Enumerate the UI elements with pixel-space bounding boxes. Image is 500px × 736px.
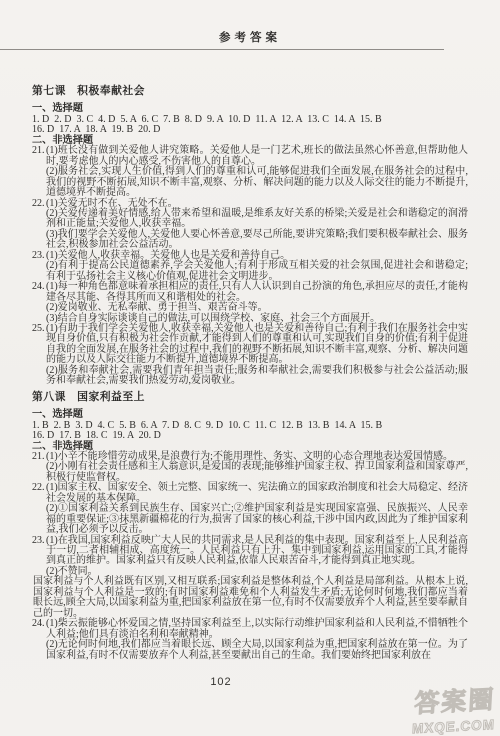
answer-part: (2)有利于提高公民道德素养,学会关爱他人;有利于形成互相关爱的社会氛围,促进社… bbox=[46, 261, 468, 282]
answer-part: (1)柴云振能够心怀爱国之情,坚持国家利益至上,以实际行动维护国家利益和人民利益… bbox=[46, 619, 468, 640]
watermark-logo-text: 答案圈 bbox=[413, 680, 498, 720]
answer-part: (2)①国家利益关系到民族生存、国家兴亡;②维护国家利益是实现国家富强、民族振兴… bbox=[46, 504, 468, 535]
page-header-title: 参考答案 bbox=[0, 0, 500, 45]
question-number: 25. bbox=[32, 324, 45, 334]
lesson-8-question-24: 24. (1)柴云振能够心怀爱国之情,坚持国家利益至上,以实际行动维护国家利益和… bbox=[32, 619, 468, 661]
lesson-8-choice-answers-line-2: 16. D 17. B 18. C 19. A 20. D bbox=[32, 431, 468, 441]
answer-part: (2)关爱传递着美好情感,给人带来希望和温暖,是维系友好关系的桥梁;关爱是社会和… bbox=[46, 209, 468, 230]
lesson-8-question-22: 22. (1)国家主权、国家安全、领土完整、国家统一、宪法确立的国家政治制度和社… bbox=[32, 483, 468, 535]
answer-part: (1)有助于我们学会关爱他人,收获幸福,关爱他人也是关爱和善待自己;有利于我们在… bbox=[46, 324, 468, 366]
lesson-7-section: 第七课 积极奉献社会 一、选择题 1. D 2. D 3. C 4. D 5. … bbox=[32, 86, 468, 387]
question-number: 22. bbox=[32, 483, 45, 493]
answer-part: (2)无论何时何地,我们都应当着眼长远、顾全大局,以国家利益为重,把国家利益放在… bbox=[46, 640, 468, 661]
page-number: 102 bbox=[0, 676, 442, 688]
lesson-8-question-23: 23. (1)在我国,国家利益反映广大人民的共同需求,是人民利益的集中表现。国家… bbox=[32, 536, 468, 620]
lesson-7-choice-answers-line-2: 16. D 17. A 18. A 19. B 20. D bbox=[32, 125, 468, 135]
answer-part: (1)在我国,国家利益反映广大人民的共同需求,是人民利益的集中表现。国家利益至上… bbox=[46, 536, 468, 567]
answer-part: (1)国家主权、国家安全、领土完整、国家统一、宪法确立的国家政治制度和社会大局稳… bbox=[46, 483, 468, 504]
lesson-7-question-23: 23. (1)关爱他人,收获幸福。关爱他人也是关爱和善待自己。 (2)有利于提高… bbox=[32, 251, 468, 282]
lesson-7-question-22: 22. (1)关爱无时不在、无处不在。 (2)关爱传递着美好情感,给人带来希望和… bbox=[32, 199, 468, 251]
header-divider bbox=[0, 49, 444, 50]
question-number: 24. bbox=[32, 619, 45, 629]
answer-part: (1)班长没有做到关爱他人讲究策略。关爱他人是一门艺术,班长的做法虽然心怀善意,… bbox=[46, 146, 468, 167]
lesson-7-question-24: 24. (1)每一种角色都意味着承担相应的责任,只有人人认识到自己扮演的角色,承… bbox=[32, 282, 468, 324]
answer-part: (3)我们要学会关爱他人,关爱他人要心怀善意,要尽己所能,要讲究策略;我们要积极… bbox=[46, 230, 468, 251]
answer-part: 国家利益与个人利益既有区别,又相互联系;国家利益是整体利益,个人利益是局部利益。… bbox=[33, 577, 468, 619]
watermark: 答案圈 MXQE.COM bbox=[412, 680, 498, 736]
question-number: 23. bbox=[32, 536, 45, 546]
lesson-8-question-21: 21. (1)小辛不能珍惜劳动成果,是浪费行为;不能用理性、务实、文明的心态合理… bbox=[32, 452, 468, 483]
question-number: 24. bbox=[32, 282, 45, 292]
lesson-8-section: 第八课 国家利益至上 一、选择题 1. B 2. B 3. D 4. C 5. … bbox=[32, 392, 468, 661]
answer-key-page: 参考答案 第七课 积极奉献社会 一、选择题 1. D 2. D 3. C 4. … bbox=[0, 0, 500, 736]
question-number: 21. bbox=[32, 146, 45, 156]
answer-part: (2)小刚有社会责任感和主人翁意识,是爱国的表现;能够维护国家主权、捍卫国家利益… bbox=[46, 462, 468, 483]
question-number: 21. bbox=[32, 452, 45, 462]
lesson-7-title: 第七课 积极奉献社会 bbox=[32, 86, 468, 96]
answer-part: (2)服务社会,实现人生价值,得到人们的尊重和认可,能够促进我们全面发展,在服务… bbox=[46, 167, 468, 198]
answer-part: (1)每一种角色都意味着承担相应的责任,只有人人认识到自己扮演的角色,承担应尽的… bbox=[46, 282, 468, 303]
answer-part: (2)服务和奉献社会,需要我们青年担当责任;服务和奉献社会,需要我们积极参与社会… bbox=[46, 366, 468, 387]
question-number: 23. bbox=[32, 251, 45, 261]
lesson-7-question-21: 21. (1)班长没有做到关爱他人讲究策略。关爱他人是一门艺术,班长的做法虽然心… bbox=[32, 146, 468, 198]
page-content: 第七课 积极奉献社会 一、选择题 1. D 2. D 3. C 4. D 5. … bbox=[0, 86, 500, 661]
lesson-8-title: 第八课 国家利益至上 bbox=[32, 392, 468, 402]
question-number: 22. bbox=[32, 199, 45, 209]
answer-part: (2)爱岗敬业、无私奉献、勇于担当、艰苦奋斗等。 bbox=[46, 303, 468, 313]
lesson-7-question-25: 25. (1)有助于我们学会关爱他人,收获幸福,关爱他人也是关爱和善待自己;有利… bbox=[32, 324, 468, 387]
watermark-site-text: MXQE.COM bbox=[412, 717, 496, 736]
